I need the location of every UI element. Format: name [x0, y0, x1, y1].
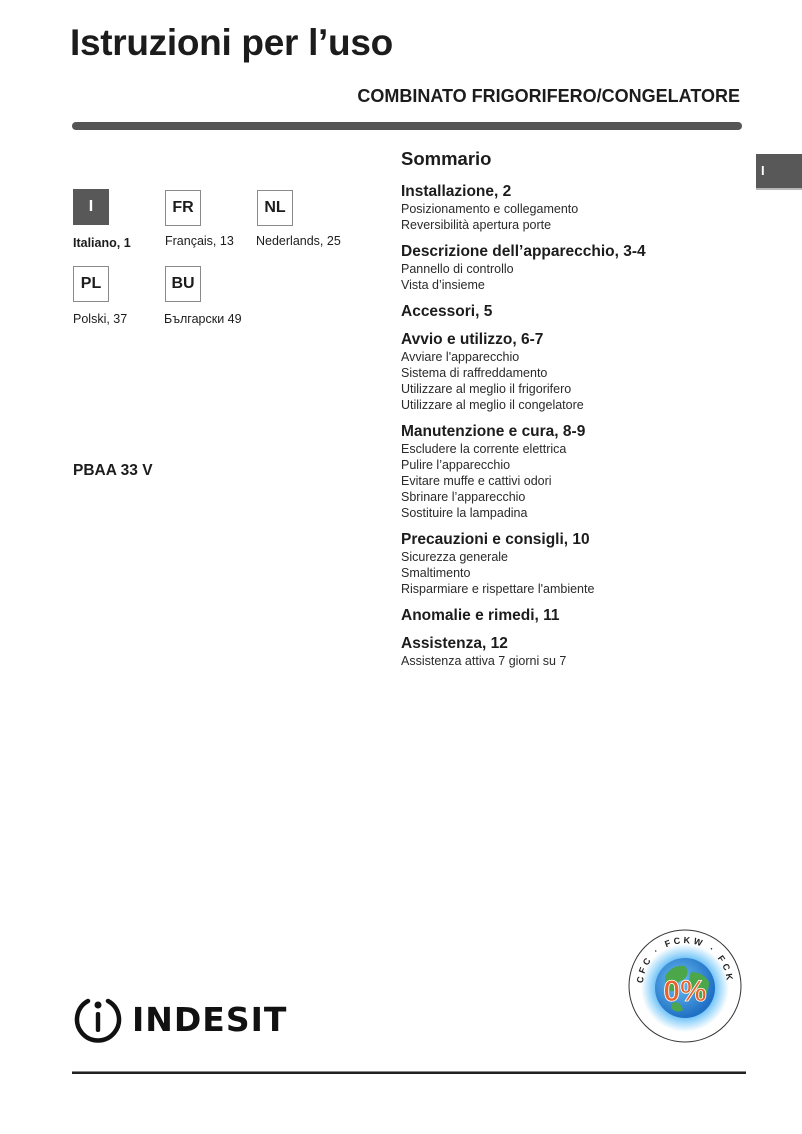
side-tab-label: I	[761, 163, 765, 178]
toc-heading[interactable]: Avvio e utilizzo, 6-7	[401, 330, 741, 349]
toc-item[interactable]: Sbrinare l’apparecchio	[401, 489, 741, 505]
toc-item[interactable]: Posizionamento e collegamento	[401, 201, 741, 217]
brand-name: INDESIT	[132, 1000, 287, 1039]
toc-section: Assistenza, 12Assistenza attiva 7 giorni…	[401, 634, 741, 669]
toc-heading[interactable]: Manutenzione e cura, 8-9	[401, 422, 741, 441]
toc-title: Sommario	[401, 148, 741, 170]
eco-badge: 0% CFC · FCKW · FCK	[627, 928, 743, 1044]
toc-section: Installazione, 2Posizionamento e collega…	[401, 182, 741, 233]
toc-section: Anomalie e rimedi, 11	[401, 606, 741, 625]
language-label: Български 49	[164, 312, 242, 326]
badge-value: 0%	[663, 975, 706, 1008]
toc-item[interactable]: Avviare l'apparecchio	[401, 349, 741, 365]
table-of-contents: Sommario Installazione, 2Posizionamento …	[401, 148, 741, 678]
footer-divider	[72, 1071, 746, 1074]
toc-heading[interactable]: Assistenza, 12	[401, 634, 741, 653]
toc-sections: Installazione, 2Posizionamento e collega…	[401, 182, 741, 669]
toc-heading[interactable]: Installazione, 2	[401, 182, 741, 201]
language-box[interactable]: NL	[257, 190, 293, 226]
toc-section: Avvio e utilizzo, 6-7Avviare l'apparecch…	[401, 330, 741, 413]
toc-item[interactable]: Utilizzare al meglio il frigorifero	[401, 381, 741, 397]
toc-item[interactable]: Evitare muffe e cattivi odori	[401, 473, 741, 489]
toc-section: Manutenzione e cura, 8-9Escludere la cor…	[401, 422, 741, 521]
toc-item[interactable]: Assistenza attiva 7 giorni su 7	[401, 653, 741, 669]
toc-section: Precauzioni e consigli, 10Sicurezza gene…	[401, 530, 741, 597]
toc-item[interactable]: Reversibilità apertura porte	[401, 217, 741, 233]
language-item-pl[interactable]: PL	[73, 266, 109, 302]
language-item-fr[interactable]: FR	[165, 190, 201, 226]
globe-icon: 0% CFC · FCKW · FCK	[627, 928, 743, 1044]
toc-heading[interactable]: Precauzioni e consigli, 10	[401, 530, 741, 549]
header-divider	[72, 122, 742, 130]
language-item-it[interactable]: I	[73, 189, 109, 225]
toc-heading[interactable]: Accessori, 5	[401, 302, 741, 321]
indesit-logo: INDESIT	[72, 993, 287, 1045]
language-item-nl[interactable]: NL	[257, 190, 293, 226]
toc-item[interactable]: Vista d’insieme	[401, 277, 741, 293]
language-label: Polski, 37	[73, 312, 127, 326]
toc-item[interactable]: Sistema di raffreddamento	[401, 365, 741, 381]
toc-item[interactable]: Pannello di controllo	[401, 261, 741, 277]
document-title: Istruzioni per l’uso	[70, 22, 393, 64]
model-number: PBAA 33 V	[73, 462, 153, 480]
document-subtitle: COMBINATO FRIGORIFERO/CONGELATORE	[357, 86, 740, 107]
toc-item[interactable]: Pulire l’apparecchio	[401, 457, 741, 473]
toc-item[interactable]: Sostituire la lampadina	[401, 505, 741, 521]
toc-item[interactable]: Smaltimento	[401, 565, 741, 581]
toc-item[interactable]: Utilizzare al meglio il congelatore	[401, 397, 741, 413]
language-side-tab[interactable]: I	[756, 154, 802, 190]
language-item-bu[interactable]: BU	[165, 266, 201, 302]
toc-item[interactable]: Escludere la corrente elettrica	[401, 441, 741, 457]
toc-heading[interactable]: Descrizione dell’apparecchio, 3-4	[401, 242, 741, 261]
toc-section: Accessori, 5	[401, 302, 741, 321]
toc-heading[interactable]: Anomalie e rimedi, 11	[401, 606, 741, 625]
toc-section: Descrizione dell’apparecchio, 3-4Pannell…	[401, 242, 741, 293]
language-label: Français, 13	[165, 234, 234, 248]
indesit-power-logo-icon	[72, 993, 124, 1045]
language-box[interactable]: FR	[165, 190, 201, 226]
language-box[interactable]: PL	[73, 266, 109, 302]
language-label: Nederlands, 25	[256, 234, 341, 248]
language-box[interactable]: I	[73, 189, 109, 225]
toc-item[interactable]: Sicurezza generale	[401, 549, 741, 565]
language-box[interactable]: BU	[165, 266, 201, 302]
language-label: Italiano, 1	[73, 236, 131, 250]
toc-item[interactable]: Risparmiare e rispettare l'ambiente	[401, 581, 741, 597]
